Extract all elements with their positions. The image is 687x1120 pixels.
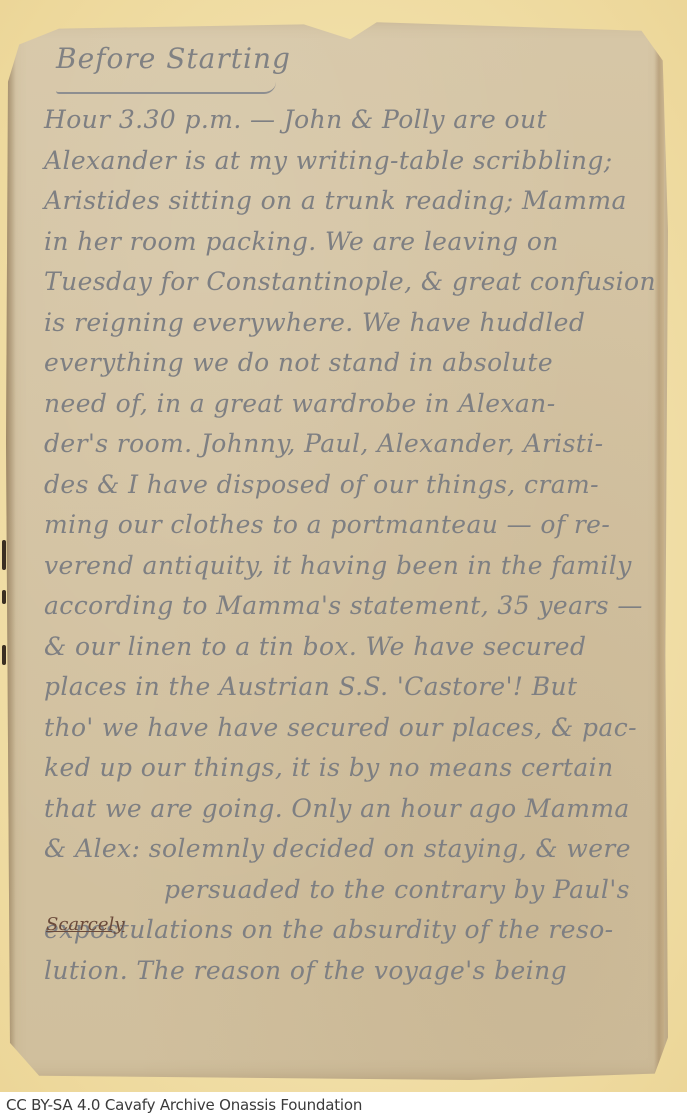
manuscript-line: places in the Austrian S.S. 'Castore'! B… — [44, 667, 664, 708]
manuscript-line: is reigning everywhere. We have huddled — [44, 303, 664, 344]
manuscript-line: everything we do not stand in absolute — [44, 343, 664, 384]
manuscript-line: in her room packing. We are leaving on — [44, 222, 664, 263]
manuscript-line: ked up our things, it is by no means cer… — [44, 748, 664, 789]
manuscript-line: des & I have disposed of our things, cra… — [44, 465, 664, 506]
manuscript-line: Hour 3.30 p.m. — John & Polly are out — [44, 100, 664, 141]
title-underline — [56, 82, 276, 94]
margin-note: Scarcely — [46, 914, 124, 935]
manuscript-line: & our linen to a tin box. We have secure… — [44, 627, 664, 668]
manuscript-line: Aristides sitting on a trunk reading; Ma… — [44, 181, 664, 222]
manuscript-line: & Alex: solemnly decided on staying, & w… — [44, 829, 664, 870]
binding-stitch — [2, 590, 6, 604]
license-caption: CC BY-SA 4.0 Cavafy Archive Onassis Foun… — [6, 1094, 362, 1116]
binding-stitch — [2, 540, 6, 570]
manuscript-line: verend antiquity, it having been in the … — [44, 546, 664, 587]
manuscript-line: der's room. Johnny, Paul, Alexander, Ari… — [44, 424, 664, 465]
manuscript-body: Hour 3.30 p.m. — John & Polly are out Al… — [44, 100, 664, 991]
manuscript-line: tho' we have have secured our places, & … — [44, 708, 664, 749]
manuscript-line: persuaded to the contrary by Paul's — [44, 870, 664, 911]
manuscript-title: Before Starting — [56, 42, 291, 75]
manuscript-line: ming our clothes to a portmanteau — of r… — [44, 505, 664, 546]
manuscript-line: lution. The reason of the voyage's being — [44, 951, 664, 992]
binding-stitch — [2, 645, 6, 665]
manuscript-line: according to Mamma's statement, 35 years… — [44, 586, 664, 627]
manuscript-line: Tuesday for Constantinople, & great conf… — [44, 262, 664, 303]
manuscript-line: Alexander is at my writing-table scribbl… — [44, 141, 664, 182]
manuscript-line: expostulations on the absurdity of the r… — [44, 910, 664, 951]
manuscript-line: that we are going. Only an hour ago Mamm… — [44, 789, 664, 830]
manuscript-line: need of, in a great wardrobe in Alexan- — [44, 384, 664, 425]
